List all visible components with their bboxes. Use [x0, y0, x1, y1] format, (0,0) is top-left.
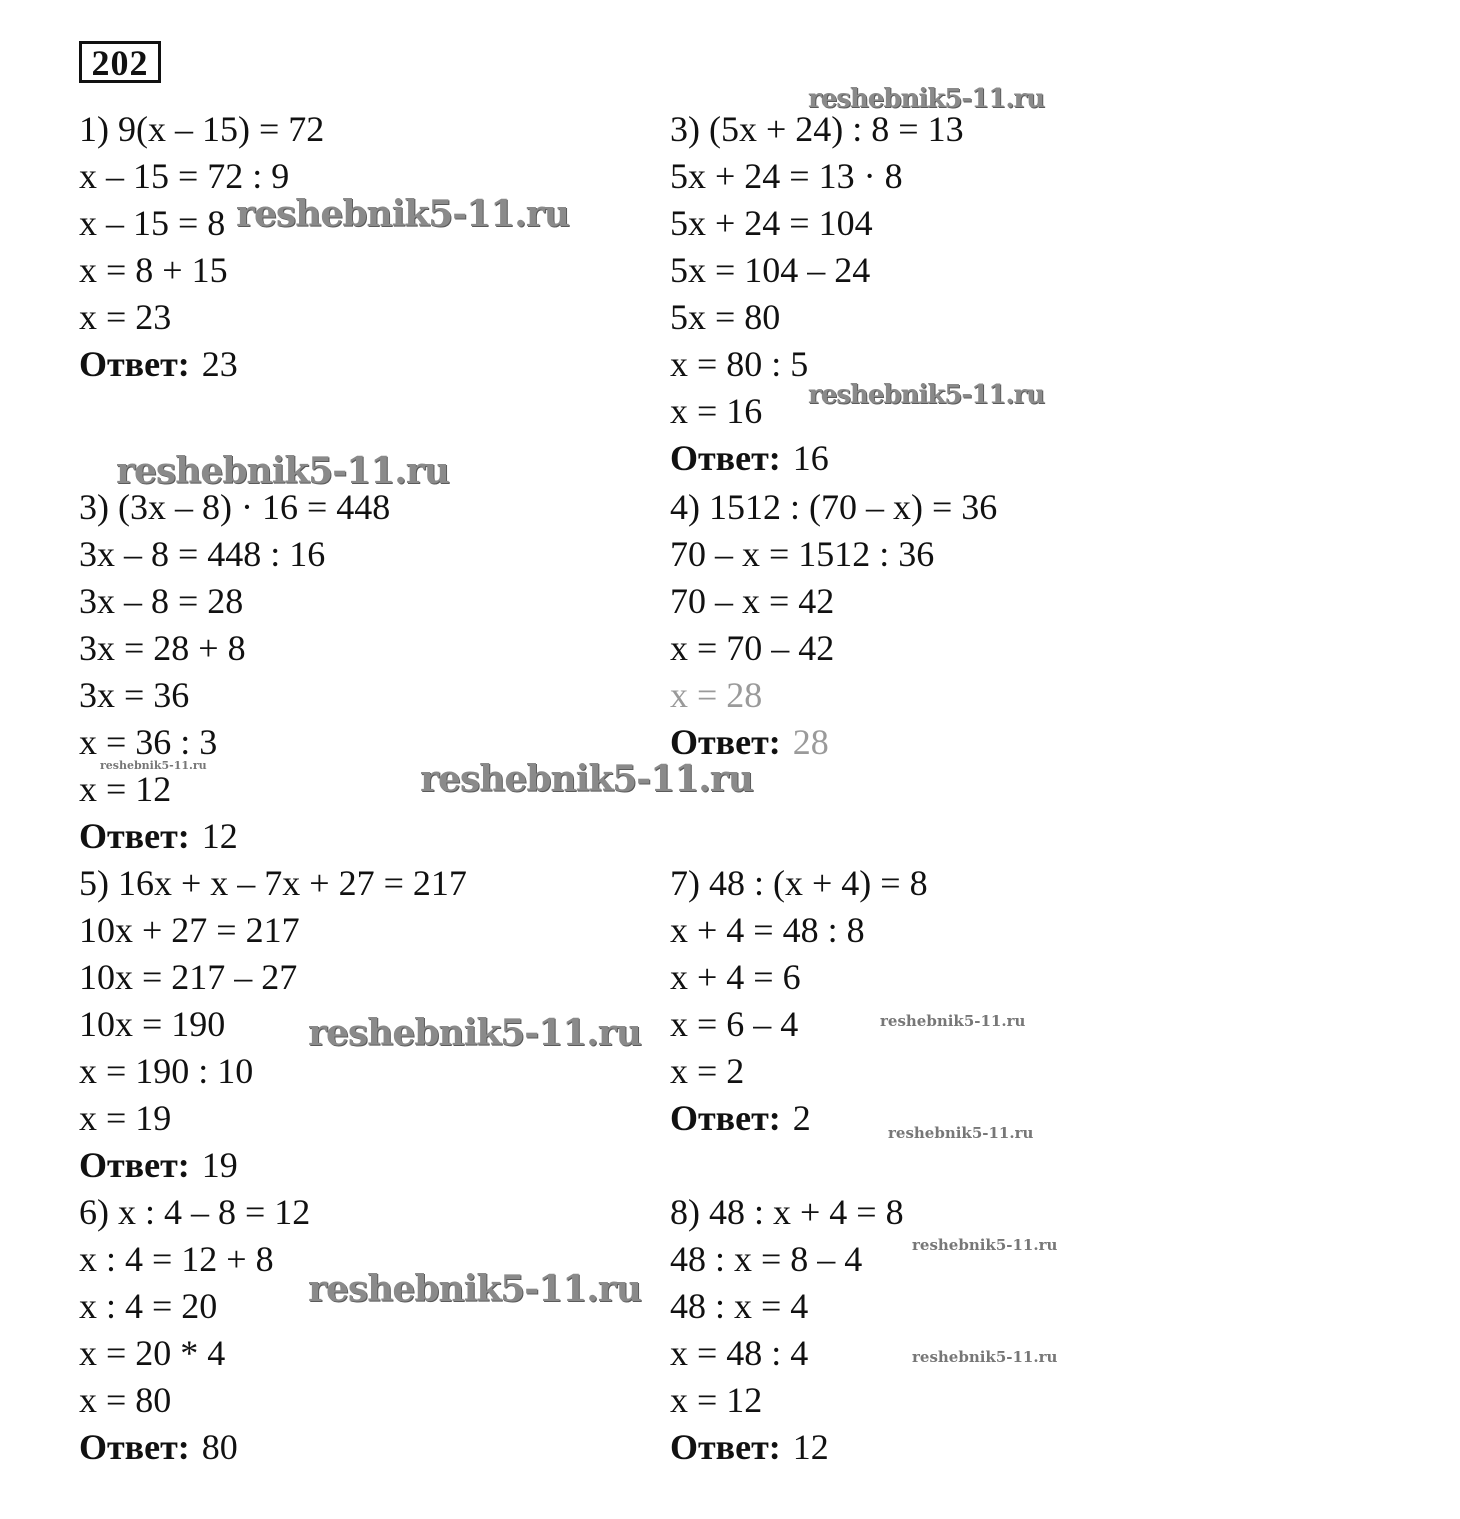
equation-line: 8) 48 : x + 4 = 8	[670, 1189, 904, 1236]
equation-line: x = 48 : 4	[670, 1330, 904, 1377]
answer-label: Ответ:	[670, 722, 781, 762]
watermark: reshebnik5-11.ru	[912, 1236, 1057, 1254]
equation-line: 70 – x = 42	[670, 578, 997, 625]
answer-value: 12	[202, 816, 238, 856]
watermark: reshebnik5-11.ru	[420, 758, 753, 800]
solution-3-right: 3) (5x + 24) : 8 = 13 5x + 24 = 13 · 8 5…	[670, 106, 964, 482]
watermark: reshebnik5-11.ru	[808, 380, 1044, 410]
solution-4: 4) 1512 : (70 – x) = 36 70 – x = 1512 : …	[670, 484, 997, 766]
answer-label: Ответ:	[79, 1427, 190, 1467]
equation-line: 3x – 8 = 448 : 16	[79, 531, 390, 578]
equation-line: 5x = 80	[670, 294, 964, 341]
equation-line: x = 80	[79, 1377, 310, 1424]
equation-line: 4) 1512 : (70 – x) = 36	[670, 484, 997, 531]
equation-line: 3x – 8 = 28	[79, 578, 390, 625]
answer-label: Ответ:	[670, 438, 781, 478]
answer-label: Ответ:	[79, 344, 190, 384]
answer-line: Ответ:16	[670, 435, 964, 482]
equation-line: x : 4 = 12 + 8	[79, 1236, 310, 1283]
watermark: reshebnik5-11.ru	[888, 1124, 1033, 1142]
equation-line: 10x = 217 – 27	[79, 954, 467, 1001]
watermark: reshebnik5-11.ru	[308, 1012, 641, 1054]
equation-line: x = 2	[670, 1048, 928, 1095]
solution-8: 8) 48 : x + 4 = 8 48 : x = 8 – 4 48 : x …	[670, 1189, 904, 1471]
equation-line: 5x + 24 = 104	[670, 200, 964, 247]
answer-line: Ответ:12	[79, 813, 390, 860]
equation-line: x : 4 = 20	[79, 1283, 310, 1330]
equation-line: x = 8 + 15	[79, 247, 324, 294]
watermark: reshebnik5-11.ru	[912, 1348, 1057, 1366]
equation-line: 5x + 24 = 13 · 8	[670, 153, 964, 200]
solution-1: 1) 9(x – 15) = 72 x – 15 = 72 : 9 x – 15…	[79, 106, 324, 388]
equation-line: x = 20 * 4	[79, 1330, 310, 1377]
equation-line: 10x + 27 = 217	[79, 907, 467, 954]
answer-line: Ответ:23	[79, 341, 324, 388]
watermark: reshebnik5-11.ru	[880, 1012, 1025, 1030]
equation-line: 48 : x = 8 – 4	[670, 1236, 904, 1283]
equation-line: x + 4 = 48 : 8	[670, 907, 928, 954]
equation-line: 7) 48 : (x + 4) = 8	[670, 860, 928, 907]
answer-label: Ответ:	[670, 1427, 781, 1467]
watermark: reshebnik5-11.ru	[116, 450, 449, 492]
equation-line: x + 4 = 6	[670, 954, 928, 1001]
answer-label: Ответ:	[79, 1145, 190, 1185]
equation-line: x = 19	[79, 1095, 467, 1142]
answer-value: 12	[793, 1427, 829, 1467]
answer-value: 2	[793, 1098, 811, 1138]
solution-3-left: 3) (3x – 8) · 16 = 448 3x – 8 = 448 : 16…	[79, 484, 390, 860]
equation-line: x = 23	[79, 294, 324, 341]
equation-line: x = 12	[79, 766, 390, 813]
answer-value: 23	[202, 344, 238, 384]
answer-label: Ответ:	[79, 816, 190, 856]
answer-value: 19	[202, 1145, 238, 1185]
watermark: reshebnik5-11.ru	[100, 759, 207, 772]
equation-line: x = 28	[670, 672, 997, 719]
answer-line: Ответ:19	[79, 1142, 467, 1189]
equation-line: 6) x : 4 – 8 = 12	[79, 1189, 310, 1236]
answer-label: Ответ:	[670, 1098, 781, 1138]
answer-value: 28	[793, 722, 829, 762]
equation-line: 48 : x = 4	[670, 1283, 904, 1330]
watermark: reshebnik5-11.ru	[808, 84, 1044, 114]
equation-line: 5x = 104 – 24	[670, 247, 964, 294]
answer-value: 80	[202, 1427, 238, 1467]
equation-line: 3x = 36	[79, 672, 390, 719]
solution-7: 7) 48 : (x + 4) = 8 x + 4 = 48 : 8 x + 4…	[670, 860, 928, 1142]
equation-line: 3x = 28 + 8	[79, 625, 390, 672]
equation-line: 5) 16x + x – 7x + 27 = 217	[79, 860, 467, 907]
solution-6: 6) x : 4 – 8 = 12 x : 4 = 12 + 8 x : 4 =…	[79, 1189, 310, 1471]
watermark: reshebnik5-11.ru	[236, 193, 569, 235]
problem-number-box: 202	[79, 41, 161, 83]
equation-line: 1) 9(x – 15) = 72	[79, 106, 324, 153]
equation-line: x = 70 – 42	[670, 625, 997, 672]
equation-line: x = 190 : 10	[79, 1048, 467, 1095]
equation-line: 70 – x = 1512 : 36	[670, 531, 997, 578]
answer-value: 16	[793, 438, 829, 478]
equation-line: x = 12	[670, 1377, 904, 1424]
answer-line: Ответ:80	[79, 1424, 310, 1471]
answer-line: Ответ:12	[670, 1424, 904, 1471]
watermark: reshebnik5-11.ru	[308, 1268, 641, 1310]
